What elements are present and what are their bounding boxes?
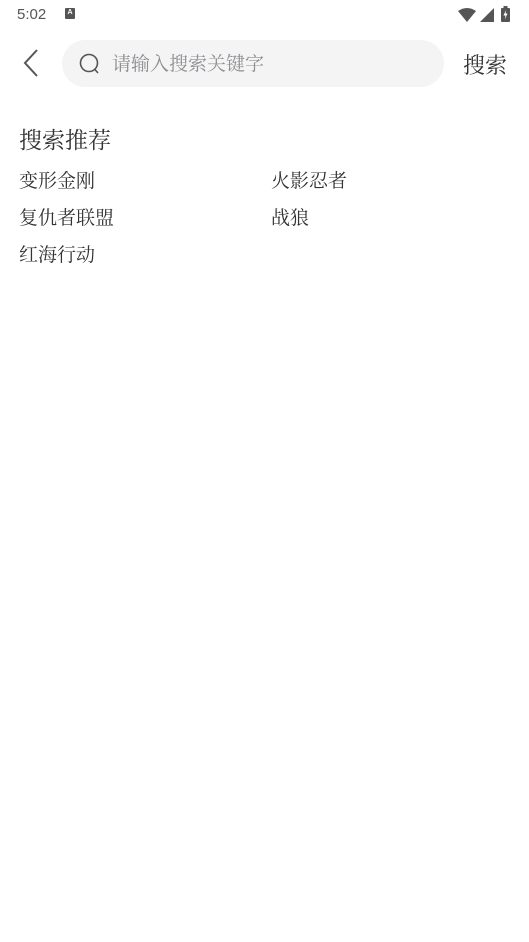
recommendation-item[interactable]: 变形金刚 bbox=[19, 166, 95, 193]
search-input[interactable] bbox=[112, 40, 432, 87]
section-title-recommendations: 搜索推荐 bbox=[19, 122, 111, 155]
status-bar: 5:02 A bbox=[0, 0, 529, 30]
search-header: 搜索 bbox=[0, 38, 529, 88]
status-time: 5:02 bbox=[17, 6, 46, 23]
recommendation-item[interactable]: 红海行动 bbox=[19, 240, 95, 267]
notification-icon: A bbox=[65, 8, 75, 19]
chevron-left-icon bbox=[16, 47, 46, 79]
recommendation-item[interactable]: 战狼 bbox=[271, 203, 309, 230]
back-button[interactable] bbox=[16, 47, 46, 79]
battery-charging-icon bbox=[501, 6, 510, 22]
wifi-icon bbox=[458, 8, 476, 22]
search-button[interactable]: 搜索 bbox=[463, 49, 507, 80]
search-icon bbox=[79, 53, 101, 75]
signal-icon bbox=[480, 8, 494, 22]
search-bar bbox=[62, 40, 444, 87]
recommendation-item[interactable]: 火影忍者 bbox=[271, 166, 347, 193]
recommendation-item[interactable]: 复仇者联盟 bbox=[19, 203, 114, 230]
